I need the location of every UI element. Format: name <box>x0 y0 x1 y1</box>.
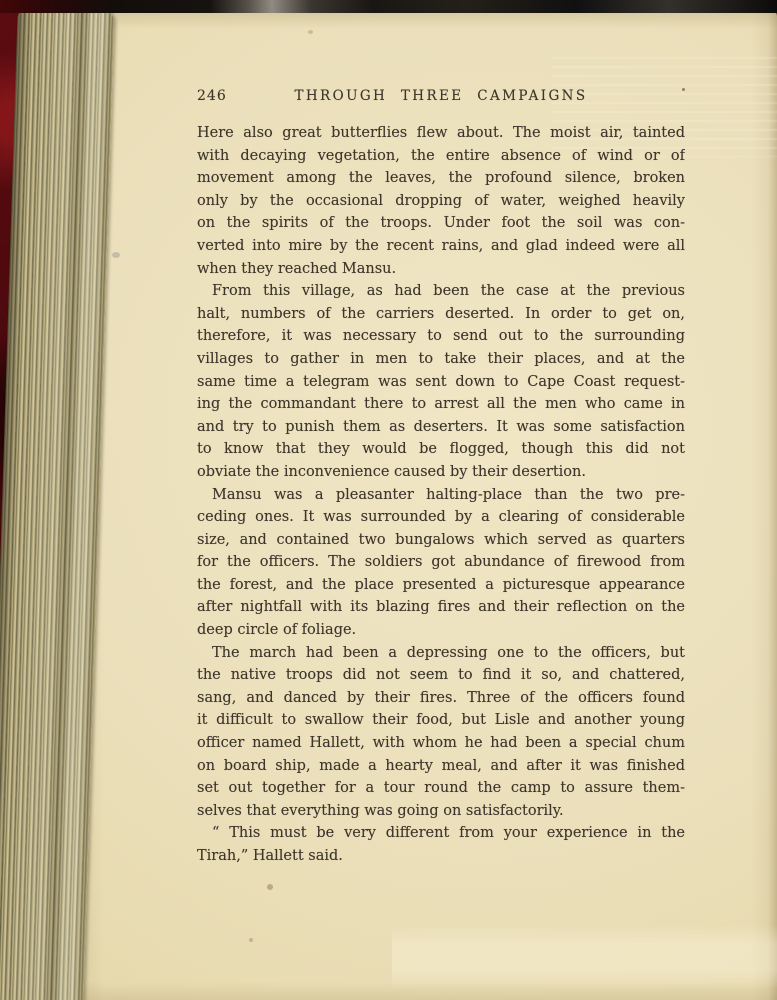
text-line: Here also great butterflies flew about. … <box>197 122 685 145</box>
running-title: THROUGH THREE CAMPAIGNS <box>197 86 685 106</box>
text-line: set out together for a tour round the ca… <box>197 777 685 800</box>
text-line: with decaying vegetation, the entire abs… <box>197 145 685 168</box>
text-block: 246 THROUGH THREE CAMPAIGNS Here also gr… <box>197 86 685 868</box>
text-line: for the officers. The soldiers got abund… <box>197 551 685 574</box>
text-line: only by the occasional dropping of water… <box>197 190 685 213</box>
text-line: ceding ones. It was surrounded by a clea… <box>197 506 685 529</box>
foxing-spot <box>308 30 313 34</box>
text-line: same time a telegram was sent down to Ca… <box>197 371 685 394</box>
foxing-spot <box>249 938 253 942</box>
text-line: the forest, and the place presented a pi… <box>197 574 685 597</box>
text-line: The march had been a depressing one to t… <box>197 642 685 665</box>
text-line: after nightfall with its blazing fires a… <box>197 596 685 619</box>
text-line: “ This must be very different from your … <box>197 822 685 845</box>
text-line: selves that everything was going on sati… <box>197 800 685 823</box>
paragraph: Here also great butterflies flew about. … <box>197 122 685 280</box>
running-head: 246 THROUGH THREE CAMPAIGNS <box>197 86 685 106</box>
text-line: halt, numbers of the carriers deserted. … <box>197 303 685 326</box>
text-line: on board ship, made a hearty meal, and a… <box>197 755 685 778</box>
text-line: on the spirits of the troops. Under foot… <box>197 212 685 235</box>
foxing-spot <box>267 884 273 890</box>
page-number: 246 <box>197 86 227 106</box>
text-line: and try to punish them as deserters. It … <box>197 416 685 439</box>
text-line: villages to gather in men to take their … <box>197 348 685 371</box>
book-top-edge <box>0 0 777 13</box>
text-line: officer named Hallett, with whom he had … <box>197 732 685 755</box>
text-line: it difficult to swallow their food, but … <box>197 709 685 732</box>
text-line: the native troops did not seem to find i… <box>197 664 685 687</box>
text-line: Mansu was a pleasanter halting-place tha… <box>197 484 685 507</box>
paragraph: Mansu was a pleasanter halting-place tha… <box>197 484 685 642</box>
text-line: deep circle of foliage. <box>197 619 685 642</box>
text-line: size, and contained two bungalows which … <box>197 529 685 552</box>
page-edge-streaks-bottom <box>392 925 777 989</box>
paragraph: From this village, as had been the case … <box>197 280 685 483</box>
paragraph: The march had been a depressing one to t… <box>197 642 685 823</box>
text-line: verted into mire by the recent rains, an… <box>197 235 685 258</box>
text-line: to know that they would be flogged, thou… <box>197 438 685 461</box>
text-line: Tirah,” Hallett said. <box>197 845 685 868</box>
text-line: when they reached Mansu. <box>197 258 685 281</box>
text-line: sang, and danced by their fires. Three o… <box>197 687 685 710</box>
foxing-spot <box>112 252 120 258</box>
text-line: obviate the inconvenience caused by thei… <box>197 461 685 484</box>
paragraph: “ This must be very different from your … <box>197 822 685 867</box>
text-line: ing the commandant there to arrest all t… <box>197 393 685 416</box>
text-line: From this village, as had been the case … <box>197 280 685 303</box>
text-line: movement among the leaves, the profound … <box>197 167 685 190</box>
text-line: therefore, it was necessary to send out … <box>197 325 685 348</box>
body-text: Here also great butterflies flew about. … <box>197 122 685 868</box>
book-photo: 246 THROUGH THREE CAMPAIGNS Here also gr… <box>0 0 777 1000</box>
